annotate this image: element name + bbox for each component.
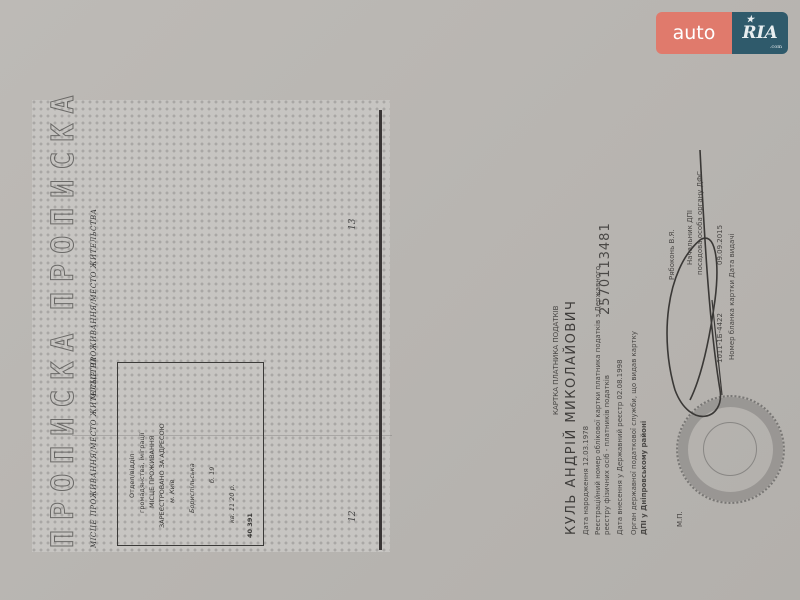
brand-auto: auto	[656, 12, 732, 54]
stamp-serial: 40 391	[246, 513, 254, 538]
seal-mark: М.П.	[676, 511, 684, 527]
issue-date: 09.09.2015	[716, 225, 724, 265]
document-number: 1011-1Б-4422	[716, 313, 724, 363]
right-page-number: 13	[348, 219, 358, 230]
doc-label: Номер бланка картки Дата видачі	[728, 234, 736, 360]
signatory: Рябоконь В.Я.	[668, 229, 676, 280]
tax-id-number: 2570113481	[598, 222, 613, 315]
handwritten-apartment: кв. 11 20 р.	[228, 484, 236, 523]
brand-ria: ★ RIA .com	[732, 12, 788, 54]
card-holder-name: КУЛЬ АНДРІЙ МИКОЛАЙОВИЧ	[564, 300, 579, 535]
handwritten-street: Бориспільська	[188, 463, 196, 513]
card-heading: КАРТКА ПЛАТНИКА ПОДАТКІВ	[552, 306, 560, 415]
right-page-caption: МІСЦЕ ПРОЖИВАННЯ/МЕСТО ЖИТЕЛЬСТВА	[90, 209, 98, 400]
registered-date: Дата внесення у Державний реєстр 02.08.1…	[616, 359, 624, 535]
official-seal	[676, 395, 785, 504]
star-icon: ★	[746, 15, 754, 25]
autoria-watermark: auto ★ RIA .com	[656, 12, 788, 54]
right-page-title: ПРОПИСКА	[46, 86, 81, 311]
issuer: ДПІ у Дніпровському районі	[640, 421, 648, 535]
position-line-2: посадова особа органу ДФС	[696, 171, 704, 275]
left-page-title: ПРОПИСКА	[46, 324, 81, 549]
registration-stamp: Отдел/відділ громадянства, іміграції МІС…	[117, 362, 264, 546]
position-line-1: Начальник ДПІ	[686, 210, 694, 265]
left-page-number: 12	[348, 511, 358, 522]
handwritten-house: б. 19	[208, 467, 216, 483]
issuing-body: Орган державної податкової служби, що ви…	[630, 331, 638, 535]
handwritten-city: м. Київ	[168, 479, 176, 503]
reg-line-2: реєстру фізичних осіб - платників податк…	[603, 375, 611, 535]
birth-date: Дата народження 12.03.1978	[582, 426, 590, 535]
